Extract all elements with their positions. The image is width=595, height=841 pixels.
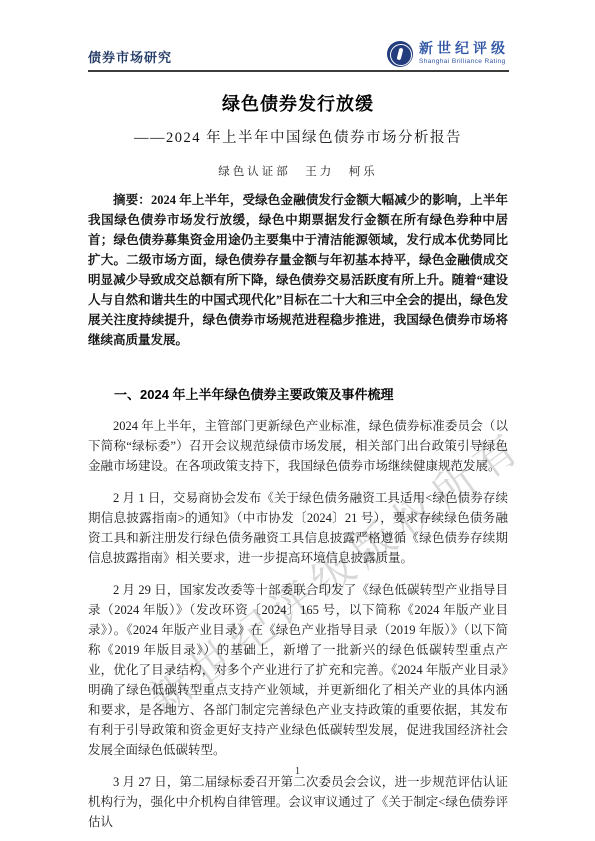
section-1-heading: 一、2024 年上半年绿色债券主要政策及事件梳理 xyxy=(88,386,508,404)
section-1-paragraph-2: 2 月 1 日，交易商协会发布《关于绿色债务融资工具适用<绿色债券存续期信息披露… xyxy=(88,488,508,568)
report-body: 绿色债券发行放缓 ——2024 年上半年中国绿色债券市场分析报告 绿色认证部 王… xyxy=(88,86,508,832)
brand-logo-icon xyxy=(387,41,413,67)
page-header: 债券市场研究 新世纪评级 Shanghai Brilliance Rating xyxy=(88,40,509,72)
brand-name-en: Shanghai Brilliance Rating xyxy=(419,59,509,66)
abstract-paragraph: 摘要：2024 年上半年，受绿色金融债发行金额大幅减少的影响，上半年我国绿色债券… xyxy=(88,190,508,350)
page-number: 1 xyxy=(0,766,595,777)
report-title: 绿色债券发行放缓 xyxy=(88,92,508,116)
abstract-text: 2024 年上半年，受绿色金融债发行金额大幅减少的影响，上半年我国绿色债券市场发… xyxy=(88,193,508,347)
document-page: 新世纪评级版权所有 债券市场研究 新世纪评级 Shanghai Brillian… xyxy=(0,0,595,841)
brand-name-cn: 新世纪评级 xyxy=(419,43,509,57)
section-1-paragraph-1: 2024 年上半年，主管部门更新绿色产业标准，绿色债券标准委员会（以下简称“绿标… xyxy=(88,416,508,476)
report-byline: 绿色认证部 王力 柯乐 xyxy=(88,164,508,180)
brand-text-block: 新世纪评级 Shanghai Brilliance Rating xyxy=(419,43,509,66)
header-category-label: 债券市场研究 xyxy=(88,47,172,70)
brand-logo: 新世纪评级 Shanghai Brilliance Rating xyxy=(387,41,509,70)
section-1-paragraph-3: 2 月 29 日，国家发改委等十部委联合印发了《绿色低碳转型产业指导目录（202… xyxy=(88,580,508,760)
section-1-paragraph-4: 3 月 27 日，第二届绿标委召开第二次委员会会议，进一步规范评估认证机构行为，… xyxy=(88,772,508,832)
abstract-label: 摘要： xyxy=(113,193,151,207)
report-subtitle: ——2024 年上半年中国绿色债券市场分析报告 xyxy=(88,129,508,148)
